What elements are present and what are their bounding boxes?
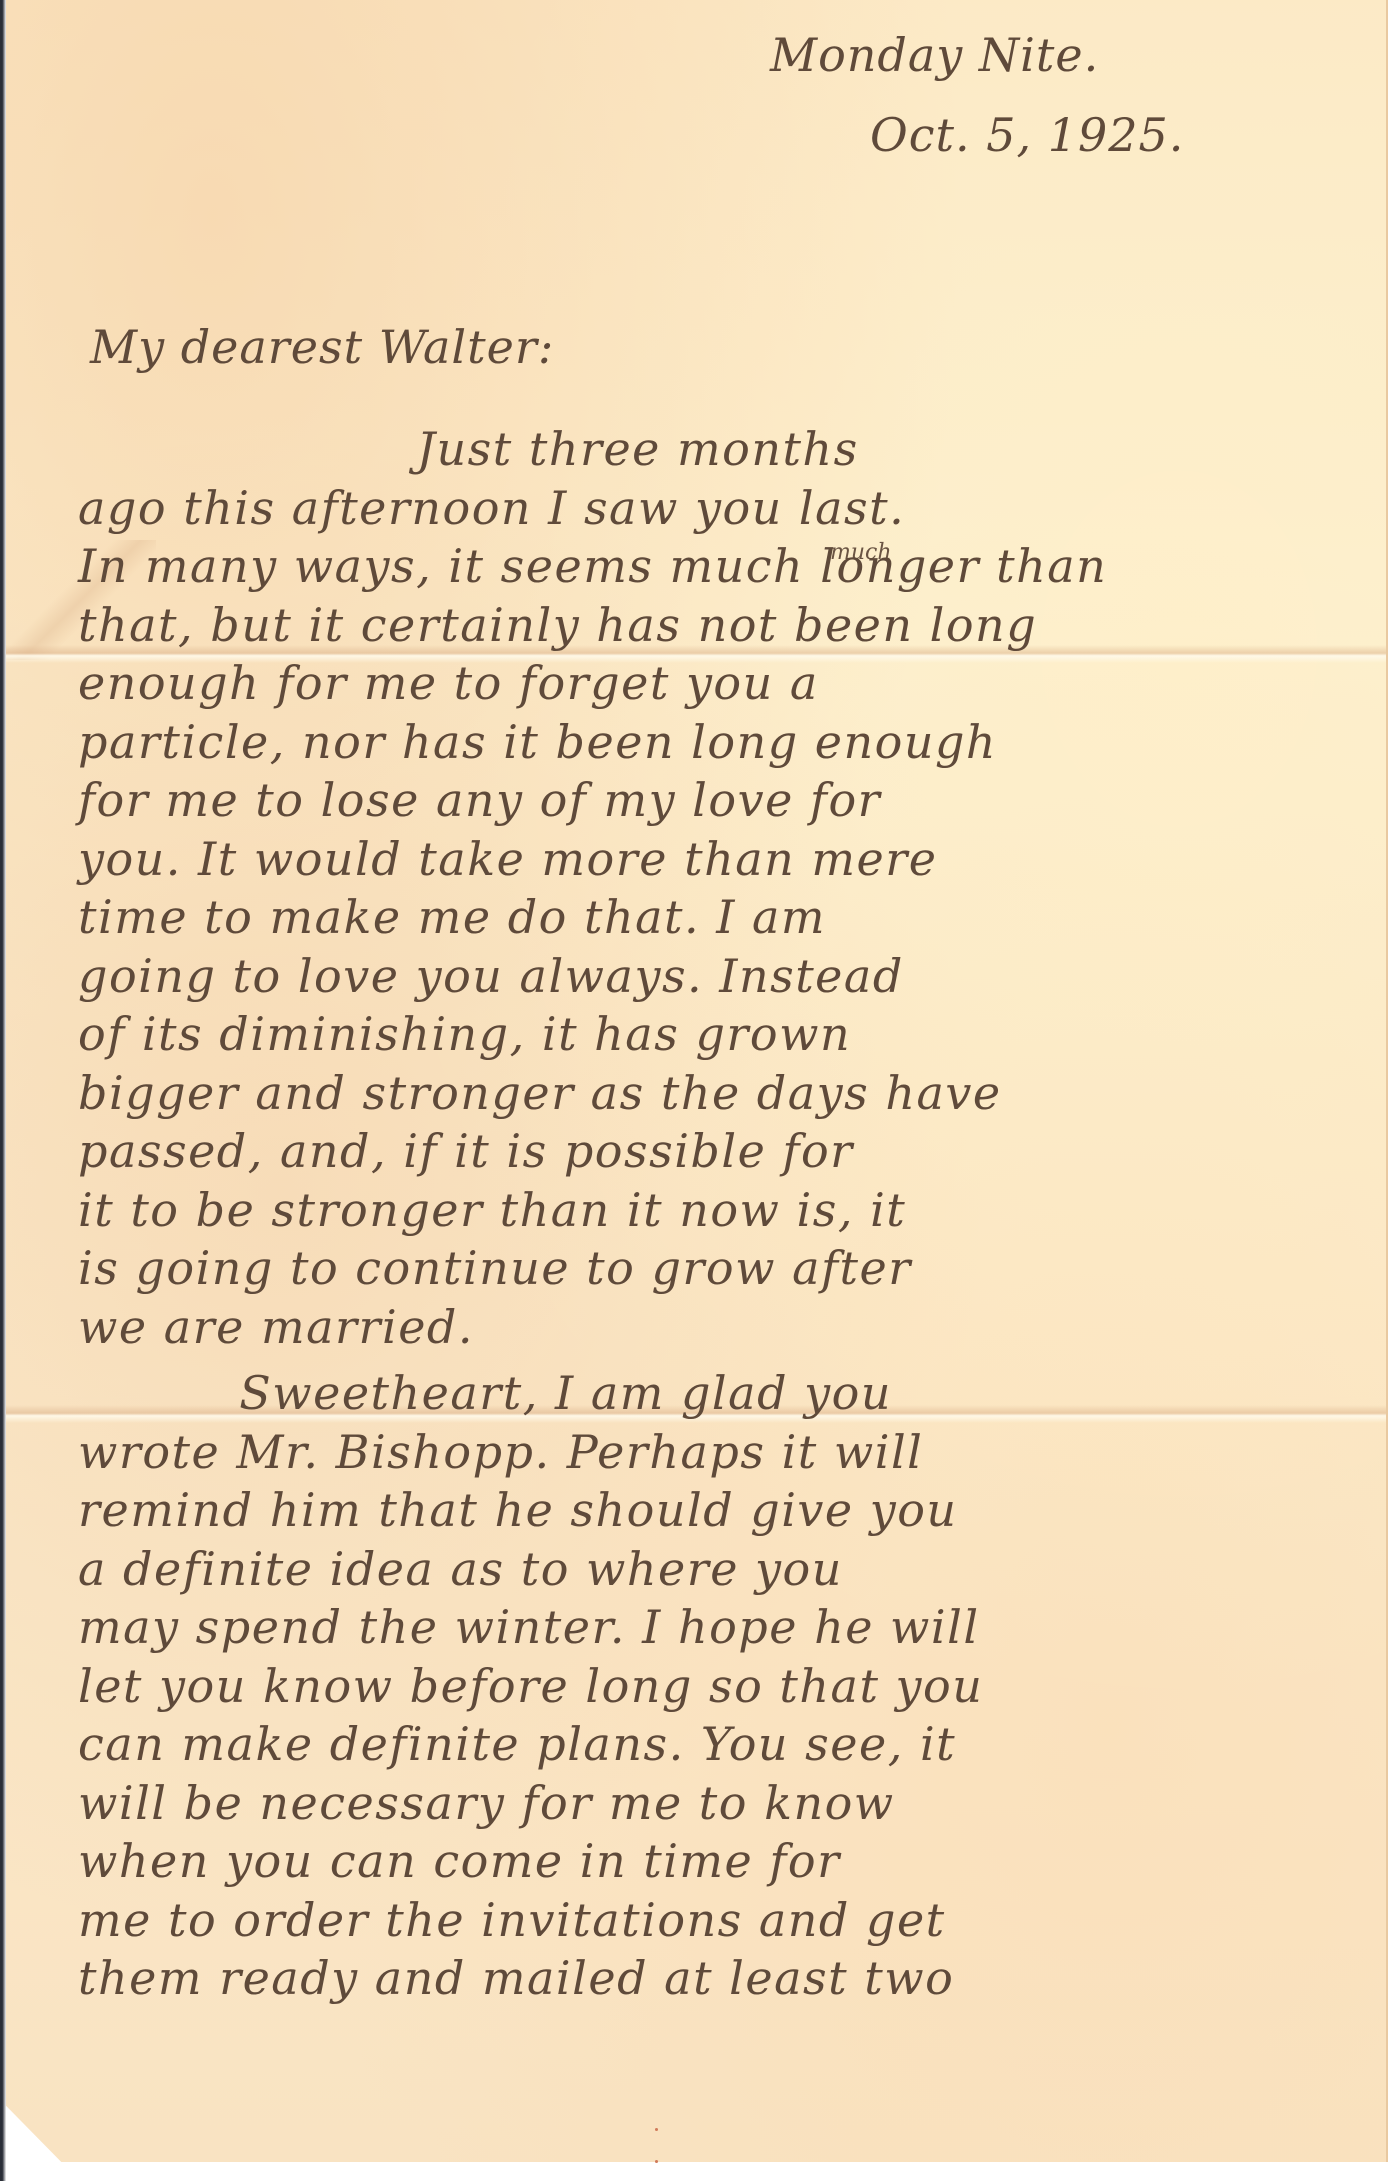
text-line: wrote Mr. Bishopp. Perhaps it will bbox=[78, 1423, 1378, 1482]
letter-date: Oct. 5, 1925. bbox=[870, 108, 1184, 162]
text-line: time to make me do that. I am bbox=[78, 888, 1378, 947]
text-line: Just three months bbox=[78, 420, 1378, 479]
scan-left-edge bbox=[0, 0, 6, 2181]
text-line: is going to continue to grow after bbox=[78, 1239, 1378, 1298]
letter-body: Just three months ago this afternoon I s… bbox=[78, 420, 1378, 2008]
text-line: passed, and, if it is possible for bbox=[78, 1122, 1378, 1181]
paragraph-2: Sweetheart, I am glad you wrote Mr. Bish… bbox=[78, 1364, 1378, 2008]
text-line: them ready and mailed at least two bbox=[78, 1949, 1378, 2008]
text-line: In many ways, it seems much longer than bbox=[78, 537, 1378, 596]
text-line: let you know before long so that you bbox=[78, 1657, 1378, 1716]
text-line: when you can come in time for bbox=[78, 1832, 1378, 1891]
text-line: can make definite plans. You see, it bbox=[78, 1715, 1378, 1774]
salutation: My dearest Walter: bbox=[90, 320, 554, 374]
text-line: it to be stronger than it now is, it bbox=[78, 1181, 1378, 1240]
text-line: you. It would take more than mere bbox=[78, 830, 1378, 889]
text-line: me to order the invitations and get bbox=[78, 1891, 1378, 1950]
text-line: remind him that he should give you bbox=[78, 1481, 1378, 1540]
paper-stain bbox=[655, 2160, 658, 2163]
text-line: ago this afternoon I saw you last. bbox=[78, 479, 1378, 538]
text-line: enough for me to forget you a bbox=[78, 654, 1378, 713]
text-line: that, but it certainly has not been long bbox=[78, 596, 1378, 655]
text-line: particle, nor has it been long enough bbox=[78, 713, 1378, 772]
text-line: going to love you always. Instead bbox=[78, 947, 1378, 1006]
text-line: bigger and stronger as the days have bbox=[78, 1064, 1378, 1123]
paragraph-1: Just three months ago this afternoon I s… bbox=[78, 420, 1378, 1356]
text-line: for me to lose any of my love for bbox=[78, 771, 1378, 830]
text-line: a definite idea as to where you bbox=[78, 1540, 1378, 1599]
text-line: of its diminishing, it has grown bbox=[78, 1005, 1378, 1064]
text-line: will be necessary for me to know bbox=[78, 1774, 1378, 1833]
letter-day: Monday Nite. bbox=[770, 28, 1099, 82]
paper-stain bbox=[655, 2128, 658, 2131]
text-line: Sweetheart, I am glad you bbox=[78, 1364, 1378, 1423]
text-line: we are married. bbox=[78, 1298, 1378, 1357]
text-line: may spend the winter. I hope he will bbox=[78, 1598, 1378, 1657]
